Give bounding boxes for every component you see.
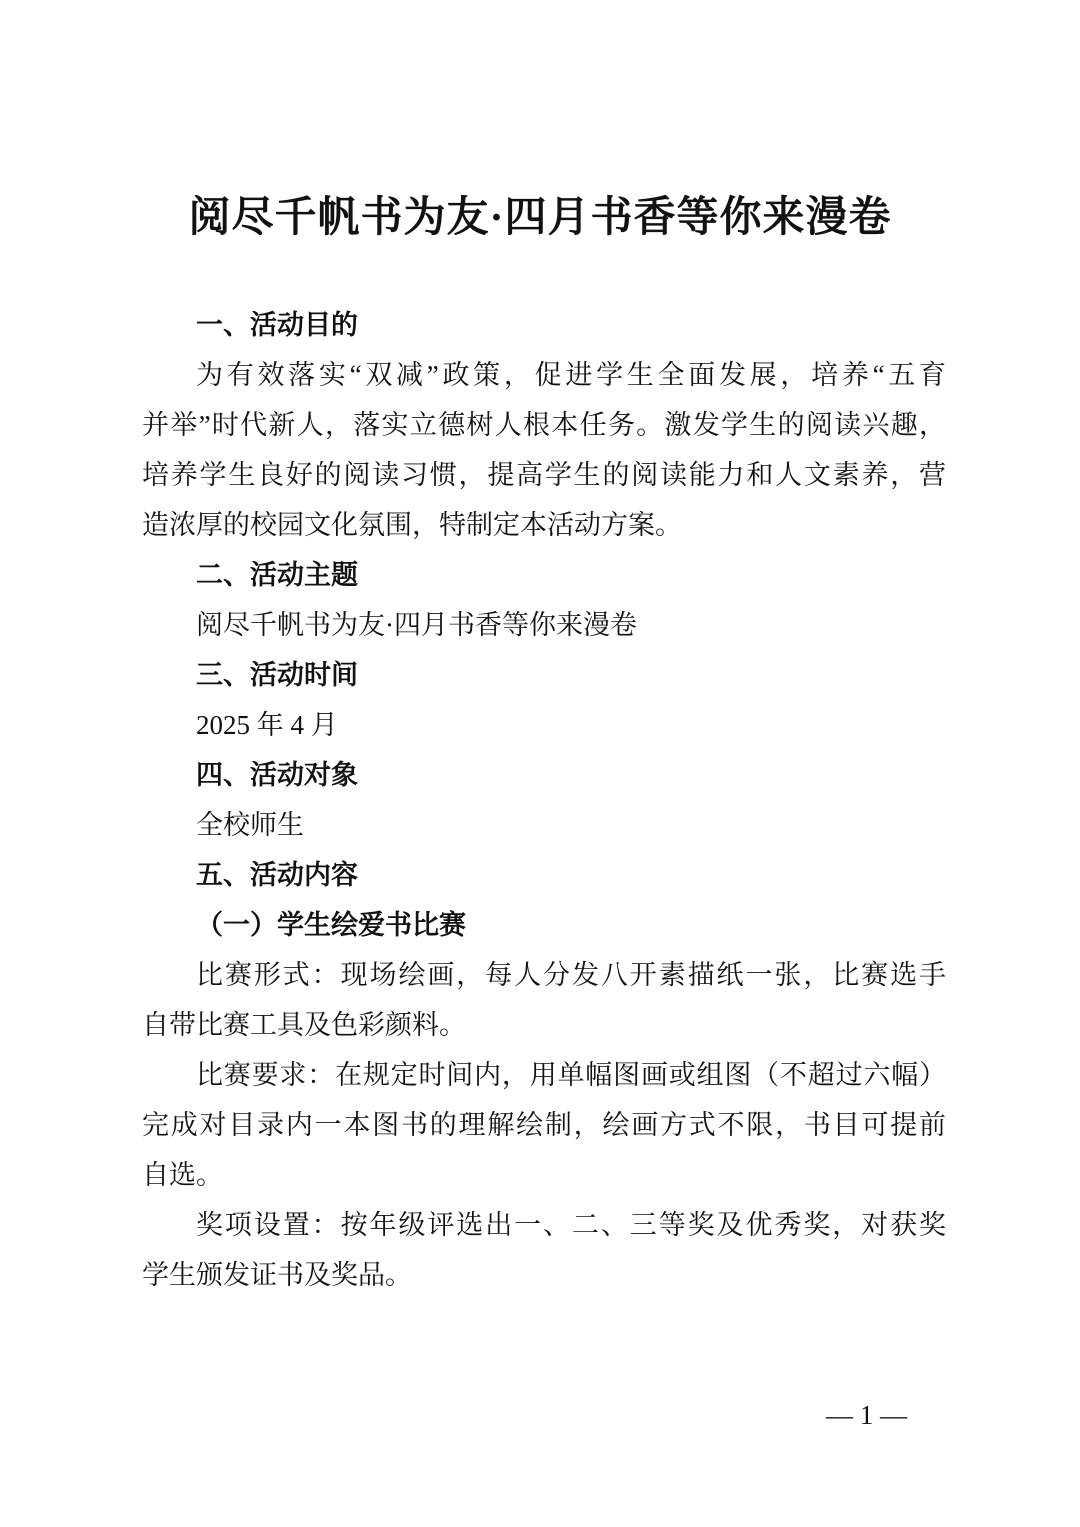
body-line-contest-format-2: 自带比赛工具及色彩颜料。 — [142, 1000, 946, 1050]
body-line-purpose-4: 造浓厚的校园文化氛围，特制定本活动方案。 — [142, 500, 946, 550]
body-line-contest-rules-1: 比赛要求：在规定时间内，用单幅图画或组图（不超过六幅） — [142, 1050, 946, 1100]
document-page: 阅尽千帆书为友·四月书香等你来漫卷 一、活动目的 为有效落实“双减”政策，促进学… — [0, 0, 1080, 1527]
heading-activity-content: 五、活动内容 — [142, 850, 946, 900]
body-line-awards-2: 学生颁发证书及奖品。 — [142, 1250, 946, 1300]
heading-activity-theme: 二、活动主题 — [142, 550, 946, 600]
heading-activity-time: 三、活动时间 — [142, 650, 946, 700]
body-line-purpose-2: 并举”时代新人，落实立德树人根本任务。激发学生的阅读兴趣， — [142, 400, 946, 450]
body-line-awards-1: 奖项设置：按年级评选出一、二、三等奖及优秀奖，对获奖 — [142, 1200, 946, 1250]
document-body: 一、活动目的 为有效落实“双减”政策，促进学生全面发展，培养“五育 并举”时代新… — [142, 300, 946, 1300]
page-number: — 1 — — [826, 1398, 907, 1432]
body-line-theme: 阅尽千帆书为友·四月书香等你来漫卷 — [142, 600, 946, 650]
body-line-purpose-3: 培养学生良好的阅读习惯，提高学生的阅读能力和人文素养，营 — [142, 450, 946, 500]
body-line-contest-format-1: 比赛形式：现场绘画，每人分发八开素描纸一张，比赛选手 — [142, 950, 946, 1000]
document-title: 阅尽千帆书为友·四月书香等你来漫卷 — [0, 0, 1080, 248]
heading-activity-purpose: 一、活动目的 — [142, 300, 946, 350]
body-line-time: 2025 年 4 月 — [142, 700, 946, 750]
body-line-contest-rules-3: 自选。 — [142, 1150, 946, 1200]
body-line-purpose-1: 为有效落实“双减”政策，促进学生全面发展，培养“五育 — [142, 350, 946, 400]
heading-activity-audience: 四、活动对象 — [142, 750, 946, 800]
subheading-drawing-contest: （一）学生绘爱书比赛 — [142, 900, 946, 950]
body-line-audience: 全校师生 — [142, 800, 946, 850]
body-line-contest-rules-2: 完成对目录内一本图书的理解绘制，绘画方式不限，书目可提前 — [142, 1100, 946, 1150]
